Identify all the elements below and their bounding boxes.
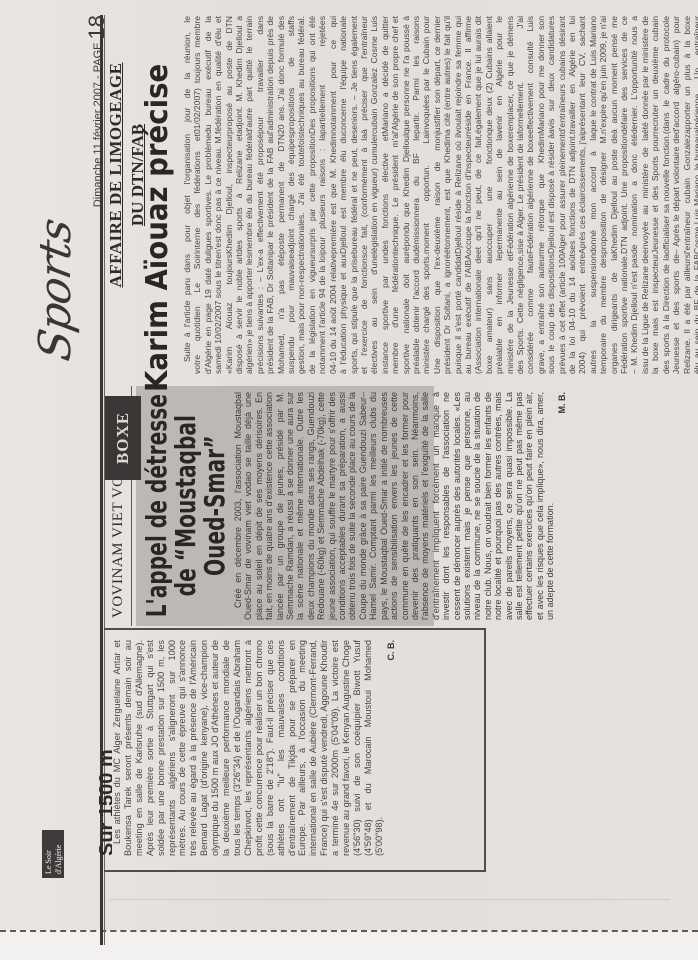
article-boxe-column-1: Suite à l'article paru dans votre quotid… bbox=[182, 254, 698, 374]
article-paragraph: Suite à l'article paru dans votre quotid… bbox=[182, 254, 698, 374]
article-1500m: Sur 1500 m Les athlètes du MC Alger Zerg… bbox=[104, 628, 486, 872]
logo-line-1: Le Soir bbox=[44, 834, 54, 874]
article-boxe-kicker-1: AFFAIRE DE LIMOGEAGE bbox=[106, 10, 126, 340]
article-vovinam-headline: L'appel de détresse de “Moustaqbal Oued-… bbox=[142, 393, 229, 620]
article-1500m-title: Sur 1500 m bbox=[96, 640, 112, 856]
article-vovinam-body: Créé en décembre 2003, l'association Mou… bbox=[233, 392, 556, 620]
article-paragraph: jour de la réunion, le 01/02/2007) toujo… bbox=[182, 16, 698, 134]
article-paragraph: pour objet l'organisation interne des fé… bbox=[182, 134, 698, 254]
article-paragraph: Les athlètes du MC Alger Zerguelaine Ant… bbox=[112, 640, 385, 856]
logo-line-2: d'Algérie bbox=[54, 834, 64, 874]
section-label-boxe: BOXE bbox=[105, 396, 141, 480]
article-vovinam-box: L'appel de détresse de “Moustaqbal Oued-… bbox=[136, 386, 434, 626]
article-1500m-body: Les athlètes du MC Alger Zerguelaine Ant… bbox=[112, 640, 385, 856]
article-boxe-column-3: jour de la réunion, le 01/02/2007) toujo… bbox=[182, 16, 698, 134]
fold-line bbox=[110, 899, 670, 900]
newspaper-logo: Le Soir d'Algérie bbox=[42, 830, 64, 878]
article-paragraph: Créé en décembre 2003, l'association Mou… bbox=[233, 392, 556, 620]
section-title-sports: Sports bbox=[30, 215, 81, 364]
article-boxe-headline: Karim Aïouaz précise bbox=[140, 33, 175, 392]
article-vovinam-signature: M. B. bbox=[557, 392, 567, 620]
rotated-newspaper-page: Le Soir d'Algérie Sports Dimanche 11 fév… bbox=[0, 0, 698, 960]
article-vovinam: VOVINAM VIET VODAO L'appel de détresse d… bbox=[104, 386, 464, 626]
article-1500m-signature: C. B. bbox=[386, 640, 396, 856]
article-boxe-column-2: pour objet l'organisation interne des fé… bbox=[182, 134, 698, 254]
